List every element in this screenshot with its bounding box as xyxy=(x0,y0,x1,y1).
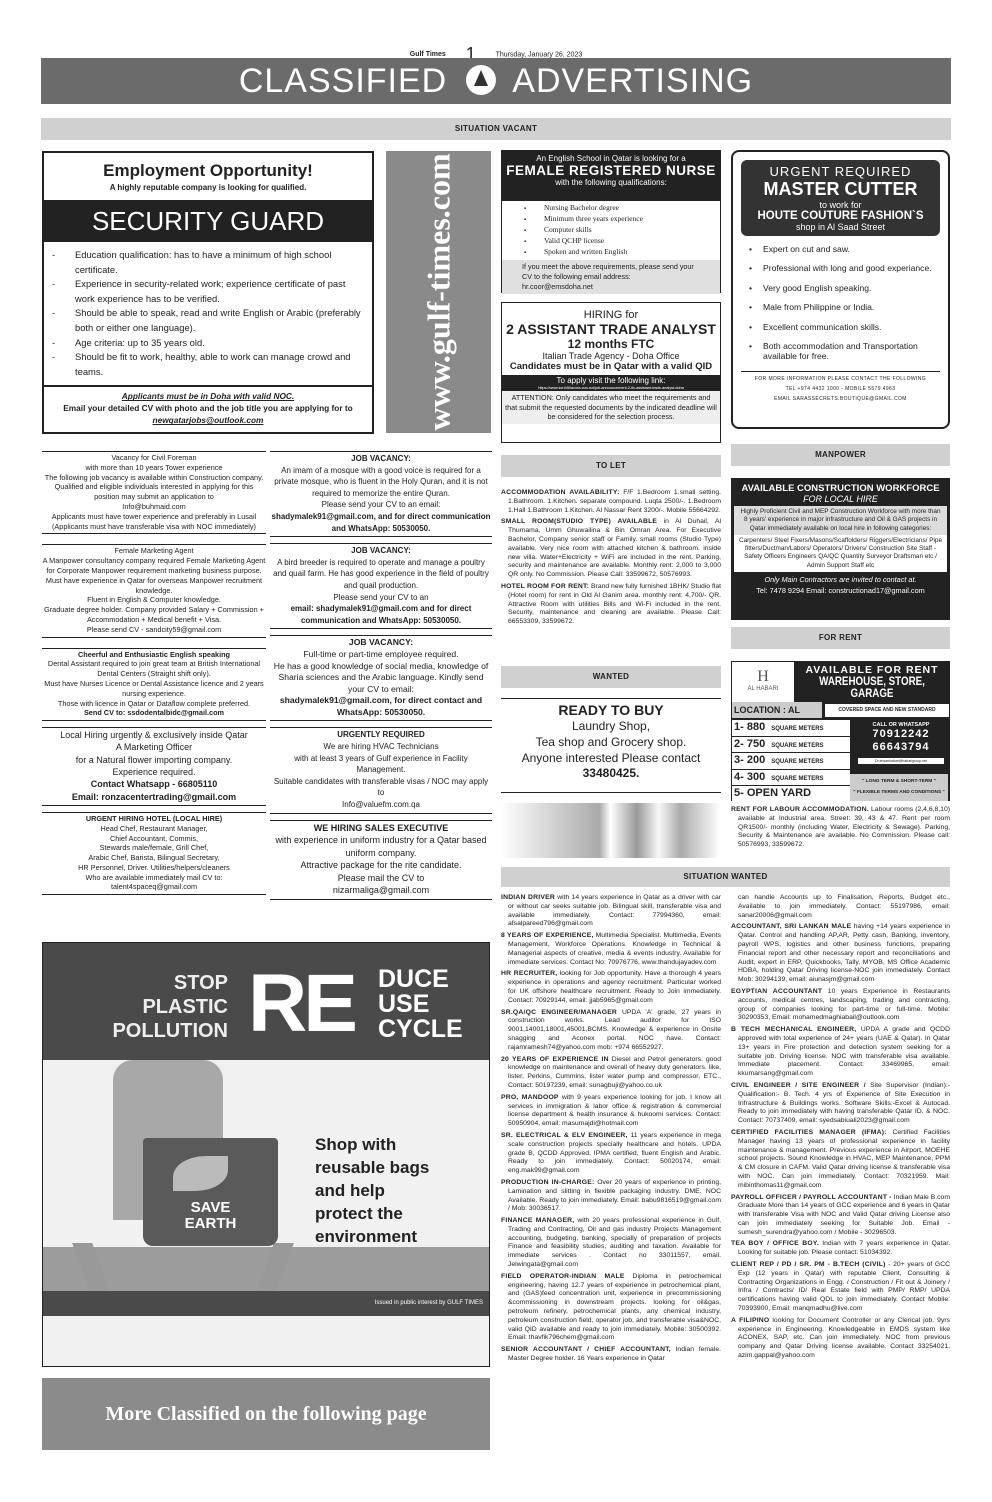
qualification-item: Computer skills xyxy=(524,225,720,236)
ad-intro: HIRING for xyxy=(502,309,720,321)
requirements-list: Education qualification: has to have a m… xyxy=(44,242,372,379)
section-header-situation-wanted: SITUATION WANTED xyxy=(501,867,950,887)
qualification-item: Nursing Bachelor degree xyxy=(524,203,720,214)
term-line: " FLEXIBLE TERMS AND CONDITIONS " xyxy=(850,787,948,798)
ad-line: HR Personnel, Driver. Utilities/helpers/… xyxy=(42,863,266,873)
ad-position: MASTER CUTTER xyxy=(743,179,938,200)
listing-head: RENT FOR LABOUR ACCOMMODATION. xyxy=(731,806,869,813)
listing-item: INDIAN DRIVER with 14 years experience i… xyxy=(501,894,721,929)
ad-title: AVAILABLE CONSTRUCTION WORKFORCE xyxy=(731,478,950,494)
ad-line: Must have Nurses Licence or Dental Assis… xyxy=(42,679,266,699)
contact-email[interactable]: EMAIL SARASSECRETS.BOUTIQUE@GMAIL.COM xyxy=(741,394,940,404)
email-link[interactable]: Email: ronzacentertrading@gmail.com xyxy=(42,791,266,803)
requirements-list: Expert on cut and saw. Professional with… xyxy=(733,236,948,362)
listing-head: PRODUCTION IN-CHARGE: xyxy=(501,1179,594,1186)
apply-label: To apply visit the following link: xyxy=(503,376,719,385)
logo-text: AL HABARI xyxy=(732,686,794,692)
ad-line: Those with licence in Qatar or Dataflow … xyxy=(42,699,266,709)
requirement-item: Both accommodation and Transportation av… xyxy=(749,341,942,362)
ad-line: Who are available immediately mail CV to… xyxy=(42,873,266,883)
requirement-item: Age criteria: up to 35 years old. xyxy=(52,336,364,351)
email-link[interactable]: newqatarjobs@outlook.com xyxy=(153,415,264,425)
term-line: " LONG TERM & SHORT-TERM " xyxy=(850,776,948,787)
listing-text: having +14 years experience in Qatar. Co… xyxy=(738,923,950,983)
classified-banner: CLASSIFIED ADVERTISING xyxy=(41,58,951,104)
ad-location: LOCATION : AL KHOR xyxy=(732,702,822,718)
classified-ad: Female Marketing Agent A Manpower consul… xyxy=(42,544,266,637)
re-words: DUCE USE CYCLE xyxy=(378,967,463,1042)
ad-position: SECURITY GUARD xyxy=(44,200,372,242)
poster-line: STOP xyxy=(83,971,228,995)
unit-item: 2- 750SQUARE METERS xyxy=(732,737,850,753)
qualification-list: Nursing Bachelor degree Minimum three ye… xyxy=(502,201,720,260)
ad-line: We are hiring HVAC Technicians xyxy=(270,741,492,753)
listing-item: CIVIL ENGINEER / SITE ENGINEER / Site Su… xyxy=(731,1082,950,1126)
listing-item: SR.QA/QC ENGINEER/MANAGER UPDA 'A' grade… xyxy=(501,1009,721,1053)
ad-agency: Italian Trade Agency - Doha Office xyxy=(502,351,720,361)
listing-item: ACCOUNTANT, SRI LANKAN MALE having +14 y… xyxy=(731,923,950,985)
section-header-to-let: TO LET xyxy=(501,455,721,477)
stop-plastic-pollution-poster: STOP PLASTIC POLLUTION RE DUCE USE CYCLE… xyxy=(42,942,490,1367)
contact-phone: TEL +974 4432 1000 - MOBILE 5579 4963 xyxy=(741,384,940,394)
construction-workforce-ad: AVAILABLE CONSTRUCTION WORKFORCE FOR LOC… xyxy=(731,478,950,620)
ad-line: Dental Assistant required to join great … xyxy=(42,659,266,679)
ad-description: Highly Proficient Civil and MEP Construc… xyxy=(734,506,947,535)
ad-line: Arabic Chef, Barista, Bilingual Secretar… xyxy=(42,853,266,863)
unit-label: 3- 200 xyxy=(734,754,765,766)
classified-ad: URGENTLY REQUIRED We are hiring HVAC Tec… xyxy=(270,727,492,813)
trade-analyst-ad: HIRING for 2 ASSISTANT TRADE ANALYST 12 … xyxy=(501,302,721,443)
listing-item: FINANCE MANAGER, with 20 years professio… xyxy=(501,1217,721,1270)
listing-text: UPDA A grade and QCDD approved with tota… xyxy=(738,1026,950,1077)
ad-line: Please send your CV to an email: xyxy=(270,499,492,511)
listing-head: INDIAN DRIVER xyxy=(501,894,555,901)
listing-text: - 20+ years of GCC Exp (12 years in Qata… xyxy=(738,1261,950,1312)
listing-head: PRO, MANDOOP xyxy=(501,1094,559,1101)
ad-line: with experience in uniform industry for … xyxy=(270,834,492,859)
listing-item: 20 YEARS OF EXPERIENCE IN Diesel and Pet… xyxy=(501,1056,721,1091)
ad-line: A Marketing Officer xyxy=(42,741,266,753)
ad-line: An imam of a mosque with a good voice is… xyxy=(270,465,492,500)
ad-line: Please mail the CV to xyxy=(270,872,492,885)
ad-line: with more than 10 years Tower experience xyxy=(42,463,266,473)
section-header-for-rent: FOR RENT xyxy=(731,627,950,649)
ad-line: A bird breeder is required to operate an… xyxy=(270,557,492,592)
qualification-item: Minimum three years experience xyxy=(524,214,720,225)
ad-line: The following job vacancy is available w… xyxy=(42,473,266,502)
email-link[interactable]: nizarmaliga@gmail.com xyxy=(270,884,492,897)
listing-item: SR. ELECTRICAL & ELV ENGINEER, 11 years … xyxy=(501,1132,721,1176)
message-line: Shop with xyxy=(315,1133,429,1156)
ad-position: FEMALE REGISTERED NURSE xyxy=(504,163,718,178)
ad-subtitle: A highly reputable company is looking fo… xyxy=(44,183,372,192)
ad-company: HOUTE COUTURE FASHION`S xyxy=(743,210,938,222)
ad-note: Only Main Contractors are invited to con… xyxy=(731,574,950,585)
listing-item: HOTEL ROOM FOR RENT: Brand new fully fur… xyxy=(501,583,721,627)
poster-footer: Issued in public interest by GULF TIMES xyxy=(43,1291,489,1316)
listing-text: Diploma in petrochemical engineering, ha… xyxy=(508,1273,721,1342)
more-classified-banner: More Classified on the following page xyxy=(42,1378,490,1450)
requirement-item: Should be fit to work, healthy, able to … xyxy=(52,350,364,379)
ad-line: for a Natural flower importing company. xyxy=(42,754,266,766)
unit-item: 4- 300SQUARE METERS xyxy=(732,770,850,786)
ad-title: Female Marketing Agent xyxy=(42,546,266,556)
unit-item: 1- 880SQUARE METERS xyxy=(732,720,850,736)
qualification-item: Spoken and written English xyxy=(524,247,720,258)
contact-phone: 33480425. xyxy=(501,766,721,780)
logo-mark-icon: H xyxy=(732,668,794,686)
listing-item: TEA BOY / OFFICE BOY. Indian with 7 year… xyxy=(731,1240,950,1258)
section-header-manpower: MANPOWER xyxy=(731,444,950,466)
contact-line[interactable]: shadymalek91@gmail.com, and for direct c… xyxy=(270,511,492,534)
re-prefix: RE xyxy=(248,961,354,1047)
poster-line: POLLUTION xyxy=(83,1019,228,1043)
ad-title: JOB VACANCY: xyxy=(270,545,492,557)
bag-text: SAVE xyxy=(143,1200,278,1216)
section-header-situation-vacant: SITUATION VACANT xyxy=(41,118,951,140)
ad-subtitle: WAREHOUSE, STORE, GARAGE xyxy=(807,676,936,700)
master-cutter-ad: URGENT REQUIRED MASTER CUTTER to work fo… xyxy=(731,150,950,429)
contact-phone: 70912242 xyxy=(854,728,948,741)
section-header-wanted: WANTED xyxy=(501,666,721,688)
listing-head: A FILIPINO xyxy=(731,1317,769,1324)
classified-ad: Local Hiring urgently & exclusively insi… xyxy=(42,727,266,806)
listing-head: PAYROLL OFFICER / PAYROLL ACCOUNTANT - xyxy=(731,1194,892,1201)
listing-item: PRO, MANDOOP with 9 years experience loo… xyxy=(501,1094,721,1129)
listing-head: SR. ELECTRICAL & ELV ENGINEER, xyxy=(501,1132,628,1139)
unit-item: 5- OPEN YARD xyxy=(732,786,850,802)
ad-covered: COVERED SPACE AND NEW STANDARD xyxy=(825,704,949,717)
unit-size: SQUARE METERS xyxy=(771,759,823,765)
unit-list: 1- 880SQUARE METERS 2- 750SQUARE METERS … xyxy=(732,720,850,803)
ad-line: Please send your CV to an xyxy=(270,592,492,604)
ad-term: 12 months FTC xyxy=(502,337,720,351)
bag-text: EARTH xyxy=(143,1216,278,1232)
re-word: USE xyxy=(378,992,463,1017)
re-word: DUCE xyxy=(378,967,463,992)
ad-subtitle: FOR LOCAL HIRE xyxy=(731,494,950,504)
email-link[interactable]: Please send CV - sandcity59@gmail.com xyxy=(42,625,266,635)
website-url[interactable]: www.gulf-times.com xyxy=(420,153,457,430)
message-line: and help xyxy=(315,1179,429,1202)
ad-line: Applicants must have tower experience an… xyxy=(42,512,266,532)
listing-head: B TECH MECHANICAL ENGINEER, xyxy=(731,1026,856,1033)
ad-title: JOB VACANCY: xyxy=(270,637,492,649)
ad-intro: An English School in Qatar is looking fo… xyxy=(504,154,718,163)
unit-label: 2- 750 xyxy=(734,738,765,750)
requirement-item: Professional with long and good experian… xyxy=(749,263,942,273)
ad-location: shop in Al Saad Street xyxy=(743,222,938,232)
listing-item: RENT FOR LABOUR ACCOMMODATION. Labour ro… xyxy=(731,806,950,850)
listing-item: SENIOR ACCOUNTANT / CHIEF ACCOUNTANT, In… xyxy=(501,1346,721,1364)
listing-text: in Al Duhail, Al Thumama, Umm Ghuwailina… xyxy=(508,518,721,578)
ad-title: Vacancy for Civil Foreman xyxy=(42,453,266,463)
ad-line: to work for xyxy=(743,200,938,210)
requirement-item: Expert on cut and saw. xyxy=(749,244,942,254)
classified-ad: Vacancy for Civil Foreman with more than… xyxy=(42,451,266,534)
ad-line: A Manpower consultancy company required … xyxy=(42,556,266,595)
labour-accommodation-listing: RENT FOR LABOUR ACCOMMODATION. Labour ro… xyxy=(731,806,950,853)
ad-title: Employment Opportunity! xyxy=(44,161,372,181)
banner-right-text: ADVERTISING xyxy=(512,62,753,100)
ad-line: Graduate degree holder. Company provided… xyxy=(42,605,266,625)
listing-head: CLIENT REP / PD / SR. PM - B.TECH (CIVIL… xyxy=(731,1261,886,1268)
classified-column-2: JOB VACANCY: An imam of a mosque with a … xyxy=(270,451,492,906)
listing-head: HOTEL ROOM FOR RENT: xyxy=(501,583,589,590)
listing-item: B TECH MECHANICAL ENGINEER, UPDA A grade… xyxy=(731,1026,950,1079)
ad-footer: Applicants must be in Doha with valid NO… xyxy=(44,385,372,426)
requirement-item: Very good English speaking. xyxy=(749,283,942,293)
listing-head: SENIOR ACCOUNTANT / CHIEF ACCOUNTANT, xyxy=(501,1346,671,1353)
leaf-icon xyxy=(173,1156,228,1191)
email-link[interactable]: talent4spaceq@gmail.com xyxy=(42,882,266,892)
listing-head: EGYPTIAN ACCOUNTANT xyxy=(731,988,822,995)
email-link[interactable]: Info@buhmaid.com xyxy=(42,502,266,512)
security-guard-ad: Employment Opportunity! A highly reputab… xyxy=(42,151,374,434)
banner-left-text: CLASSIFIED xyxy=(239,62,447,100)
qual-heading: with the following qualifications: xyxy=(504,178,718,187)
ad-title: Cheerful and Enthusiastic English speaki… xyxy=(42,650,266,660)
apply-link[interactable]: https://www.ice.it/it/lavora-con-noi/job… xyxy=(503,385,719,390)
listing-item: PAYROLL OFFICER / PAYROLL ACCOUNTANT - I… xyxy=(731,1194,950,1238)
unit-size: SQUARE METERS xyxy=(771,726,823,732)
nurse-ad: An English School in Qatar is looking fo… xyxy=(501,150,721,293)
ad-position: 2 ASSISTANT TRADE ANALYST xyxy=(502,321,720,337)
listing-text: Certified Facilities Manager having 13 y… xyxy=(738,1129,950,1189)
classified-ad: JOB VACANCY: An imam of a mosque with a … xyxy=(270,451,492,537)
listing-head: FIELD OPERATOR-INDIAN MALE xyxy=(501,1273,625,1280)
listing-item: FIELD OPERATOR-INDIAN MALE Diploma in pe… xyxy=(501,1273,721,1343)
footer-note: Applicants must be in Doha with valid NO… xyxy=(122,391,294,401)
classified-ad: Cheerful and Enthusiastic English speaki… xyxy=(42,648,266,722)
classified-ad: JOB VACANCY: A bird breeder is required … xyxy=(270,543,492,629)
classified-ad: WE HIRING SALES EXECUTIVE with experienc… xyxy=(270,820,492,900)
ad-title: JOB VACANCY: xyxy=(270,453,492,465)
listing-text: with 20 years professional experience in… xyxy=(508,1217,721,1268)
ad-line: with at least 3 years of Gulf experience… xyxy=(270,753,492,776)
email-link[interactable]: Info@valuefm.com.qa xyxy=(270,799,492,811)
listing-item: EGYPTIAN ACCOUNTANT 10 years Experience … xyxy=(731,988,950,1023)
contact-phone: 66643794 xyxy=(854,741,948,754)
listing-head: TEA BOY / OFFICE BOY. xyxy=(731,1240,819,1247)
classified-ad: JOB VACANCY: Full-time or part-time empl… xyxy=(270,635,492,721)
listing-head: ACCOUNTANT, SRI LANKAN MALE xyxy=(731,923,851,930)
contact-heading: FOR MORE INFORMATION PLEASE CONTACT THE … xyxy=(741,374,940,384)
contact-line: Tel: 7478 9294 Email: constructionad17@g… xyxy=(731,585,950,596)
contact-line[interactable]: email: shadymalek91@gmail.com and for di… xyxy=(270,603,492,626)
contact-line: Contact Whatsapp - 66805110 xyxy=(42,778,266,790)
email-link[interactable]: Send CV to: ssdodentalbidc@gmail.com xyxy=(42,708,266,718)
ad-line: Fluent in English & Computer knowledge. xyxy=(42,595,266,605)
listing-text: can handle Accounts up to Finalisation, … xyxy=(738,894,950,919)
listing-text: looking for Document Controller or any C… xyxy=(738,1317,950,1359)
listing-head: 8 YEARS OF EXPERIENCE, xyxy=(501,932,594,939)
unit-size: SQUARE METERS xyxy=(771,776,823,782)
classified-column-1: Vacancy for Civil Foreman with more than… xyxy=(42,451,266,901)
unit-size: SQUARE METERS xyxy=(771,743,823,749)
listing-head: 20 YEARS OF EXPERIENCE IN xyxy=(501,1056,609,1063)
listing-head: SR.QA/QC ENGINEER/MANAGER xyxy=(501,1009,617,1016)
website-banner: www.gulf-times.com xyxy=(386,151,491,433)
ad-line: Experience required. xyxy=(42,766,266,778)
footer-instructions: Email your detailed CV with photo and th… xyxy=(44,402,372,414)
ad-line: Attractive package for the rite candidat… xyxy=(270,859,492,872)
ad-line: Head Chef, Restaurant Manager, xyxy=(42,824,266,834)
listing-item: ACCOMMODATION AVAILABILITY: F/F 1.Bedroo… xyxy=(501,489,721,515)
ad-line: Laundry Shop, xyxy=(501,718,721,734)
message-line: reusable bags xyxy=(315,1156,429,1179)
ad-line: Suitable candidates with transferable vi… xyxy=(270,776,492,799)
unit-item: 3- 200SQUARE METERS xyxy=(732,753,850,769)
apply-text: If you meet the above requirements, plea… xyxy=(522,262,700,282)
listing-head: CIVIL ENGINEER / SITE ENGINEER / xyxy=(731,1082,866,1089)
dhow-boat-icon xyxy=(466,65,496,95)
ad-intro: URGENT REQUIRED xyxy=(743,164,938,179)
listing-item: can handle Accounts up to Finalisation, … xyxy=(731,894,950,920)
listing-head: FINANCE MANAGER, xyxy=(501,1217,574,1224)
ad-line: Full-time or part-time employee required… xyxy=(270,649,492,661)
listing-item: 8 YEARS OF EXPERIENCE, Multimedia Specia… xyxy=(501,932,721,967)
re-word: CYCLE xyxy=(378,1017,463,1042)
wanted-ad: READY TO BUY Laundry Shop, Tea shop and … xyxy=(501,698,721,793)
unit-label: 4- 300 xyxy=(734,771,765,783)
unit-label: 1- 880 xyxy=(734,721,765,733)
ad-requirement: Candidates must be in Qatar with a valid… xyxy=(502,361,720,372)
poster-message: Shop with reusable bags and help protect… xyxy=(315,1133,429,1248)
situation-wanted-column-2: can handle Accounts up to Finalisation, … xyxy=(731,894,950,1364)
listing-head: CERTIFIED FACILITIES MANAGER (IFMA): xyxy=(731,1129,887,1136)
ad-categories: Carpenters/ Steel Fixers/Masons/Scaffold… xyxy=(734,535,947,572)
ad-title: READY TO BUY xyxy=(501,702,721,718)
contact-line[interactable]: shadymalek91@gmail.com, for direct conta… xyxy=(270,695,492,718)
shopping-bag-illustration: SAVE EARTH xyxy=(143,1138,278,1246)
ad-line: Chief Accountant, Commis, xyxy=(42,834,266,844)
message-line: protect the xyxy=(315,1202,429,1225)
ad-line: Anyone interested Please contact xyxy=(501,750,721,766)
requirement-item: Experience in security-related work; exp… xyxy=(52,277,364,306)
email-link[interactable]: Dr.ehsanhabari@habarigroup.net xyxy=(858,758,944,764)
situation-wanted-column-1: INDIAN DRIVER with 14 years experience i… xyxy=(501,894,721,1367)
unit-label: 5- OPEN YARD xyxy=(734,787,811,799)
listing-item: PRODUCTION IN-CHARGE: Over 20 years of e… xyxy=(501,1179,721,1214)
classified-ad: URGENT HIRING HOTEL (LOCAL HIRE) Head Ch… xyxy=(42,812,266,895)
decorative-gradient xyxy=(501,803,720,858)
listing-item: CERTIFIED FACILITIES MANAGER (IFMA): Cer… xyxy=(731,1129,950,1191)
attention-note: ATTENTION: Only candidates who meet the … xyxy=(502,391,720,424)
ad-title: URGENTLY REQUIRED xyxy=(270,729,492,741)
qualification-item: Valid QCHP license xyxy=(524,236,720,247)
listing-item: SMALL ROOM(STUDIO TYPE) AVAILABLE in Al … xyxy=(501,518,721,580)
ad-title: AVAILABLE FOR RENT xyxy=(796,664,948,676)
stop-plastic-text: STOP PLASTIC POLLUTION xyxy=(83,971,228,1043)
warehouse-rent-ad: H AL HABARI AVAILABLE FOR RENT WAREHOUSE… xyxy=(731,661,950,801)
ad-title: WE HIRING SALES EXECUTIVE xyxy=(270,822,492,835)
ad-line: Stewards male/female, Grill Chef, xyxy=(42,843,266,853)
listing-head: HR RECRUITER, xyxy=(501,970,557,977)
al-habari-logo: H AL HABARI xyxy=(732,662,794,702)
listing-item: A FILIPINO looking for Document Controll… xyxy=(731,1317,950,1361)
requirement-item: Education qualification: has to have a m… xyxy=(52,248,364,277)
ad-line: He has a good knowledge of social media,… xyxy=(270,661,492,696)
requirement-item: Excellent communication skills. xyxy=(749,322,942,332)
ad-line: Tea shop and Grocery shop. xyxy=(501,734,721,750)
to-let-listings: ACCOMMODATION AVAILABILITY: F/F 1.Bedroo… xyxy=(501,489,721,630)
message-line: environment xyxy=(315,1225,429,1248)
listing-head: ACCOMMODATION AVAILABILITY: xyxy=(501,489,620,496)
requirement-item: Should be able to speak, read and write … xyxy=(52,306,364,335)
requirement-item: Male from Philippine or India. xyxy=(749,302,942,312)
ad-title: Local Hiring urgently & exclusively insi… xyxy=(42,729,266,741)
listing-item: CLIENT REP / PD / SR. PM - B.TECH (CIVIL… xyxy=(731,1261,950,1314)
poster-line: PLASTIC xyxy=(83,995,228,1019)
listing-item: HR RECRUITER, looking for Job opportunit… xyxy=(501,970,721,1005)
ad-title: URGENT HIRING HOTEL (LOCAL HIRE) xyxy=(42,814,266,824)
listing-head: SMALL ROOM(STUDIO TYPE) AVAILABLE xyxy=(501,518,657,525)
email-link[interactable]: hr.coor@emsdoha.net xyxy=(522,282,700,292)
